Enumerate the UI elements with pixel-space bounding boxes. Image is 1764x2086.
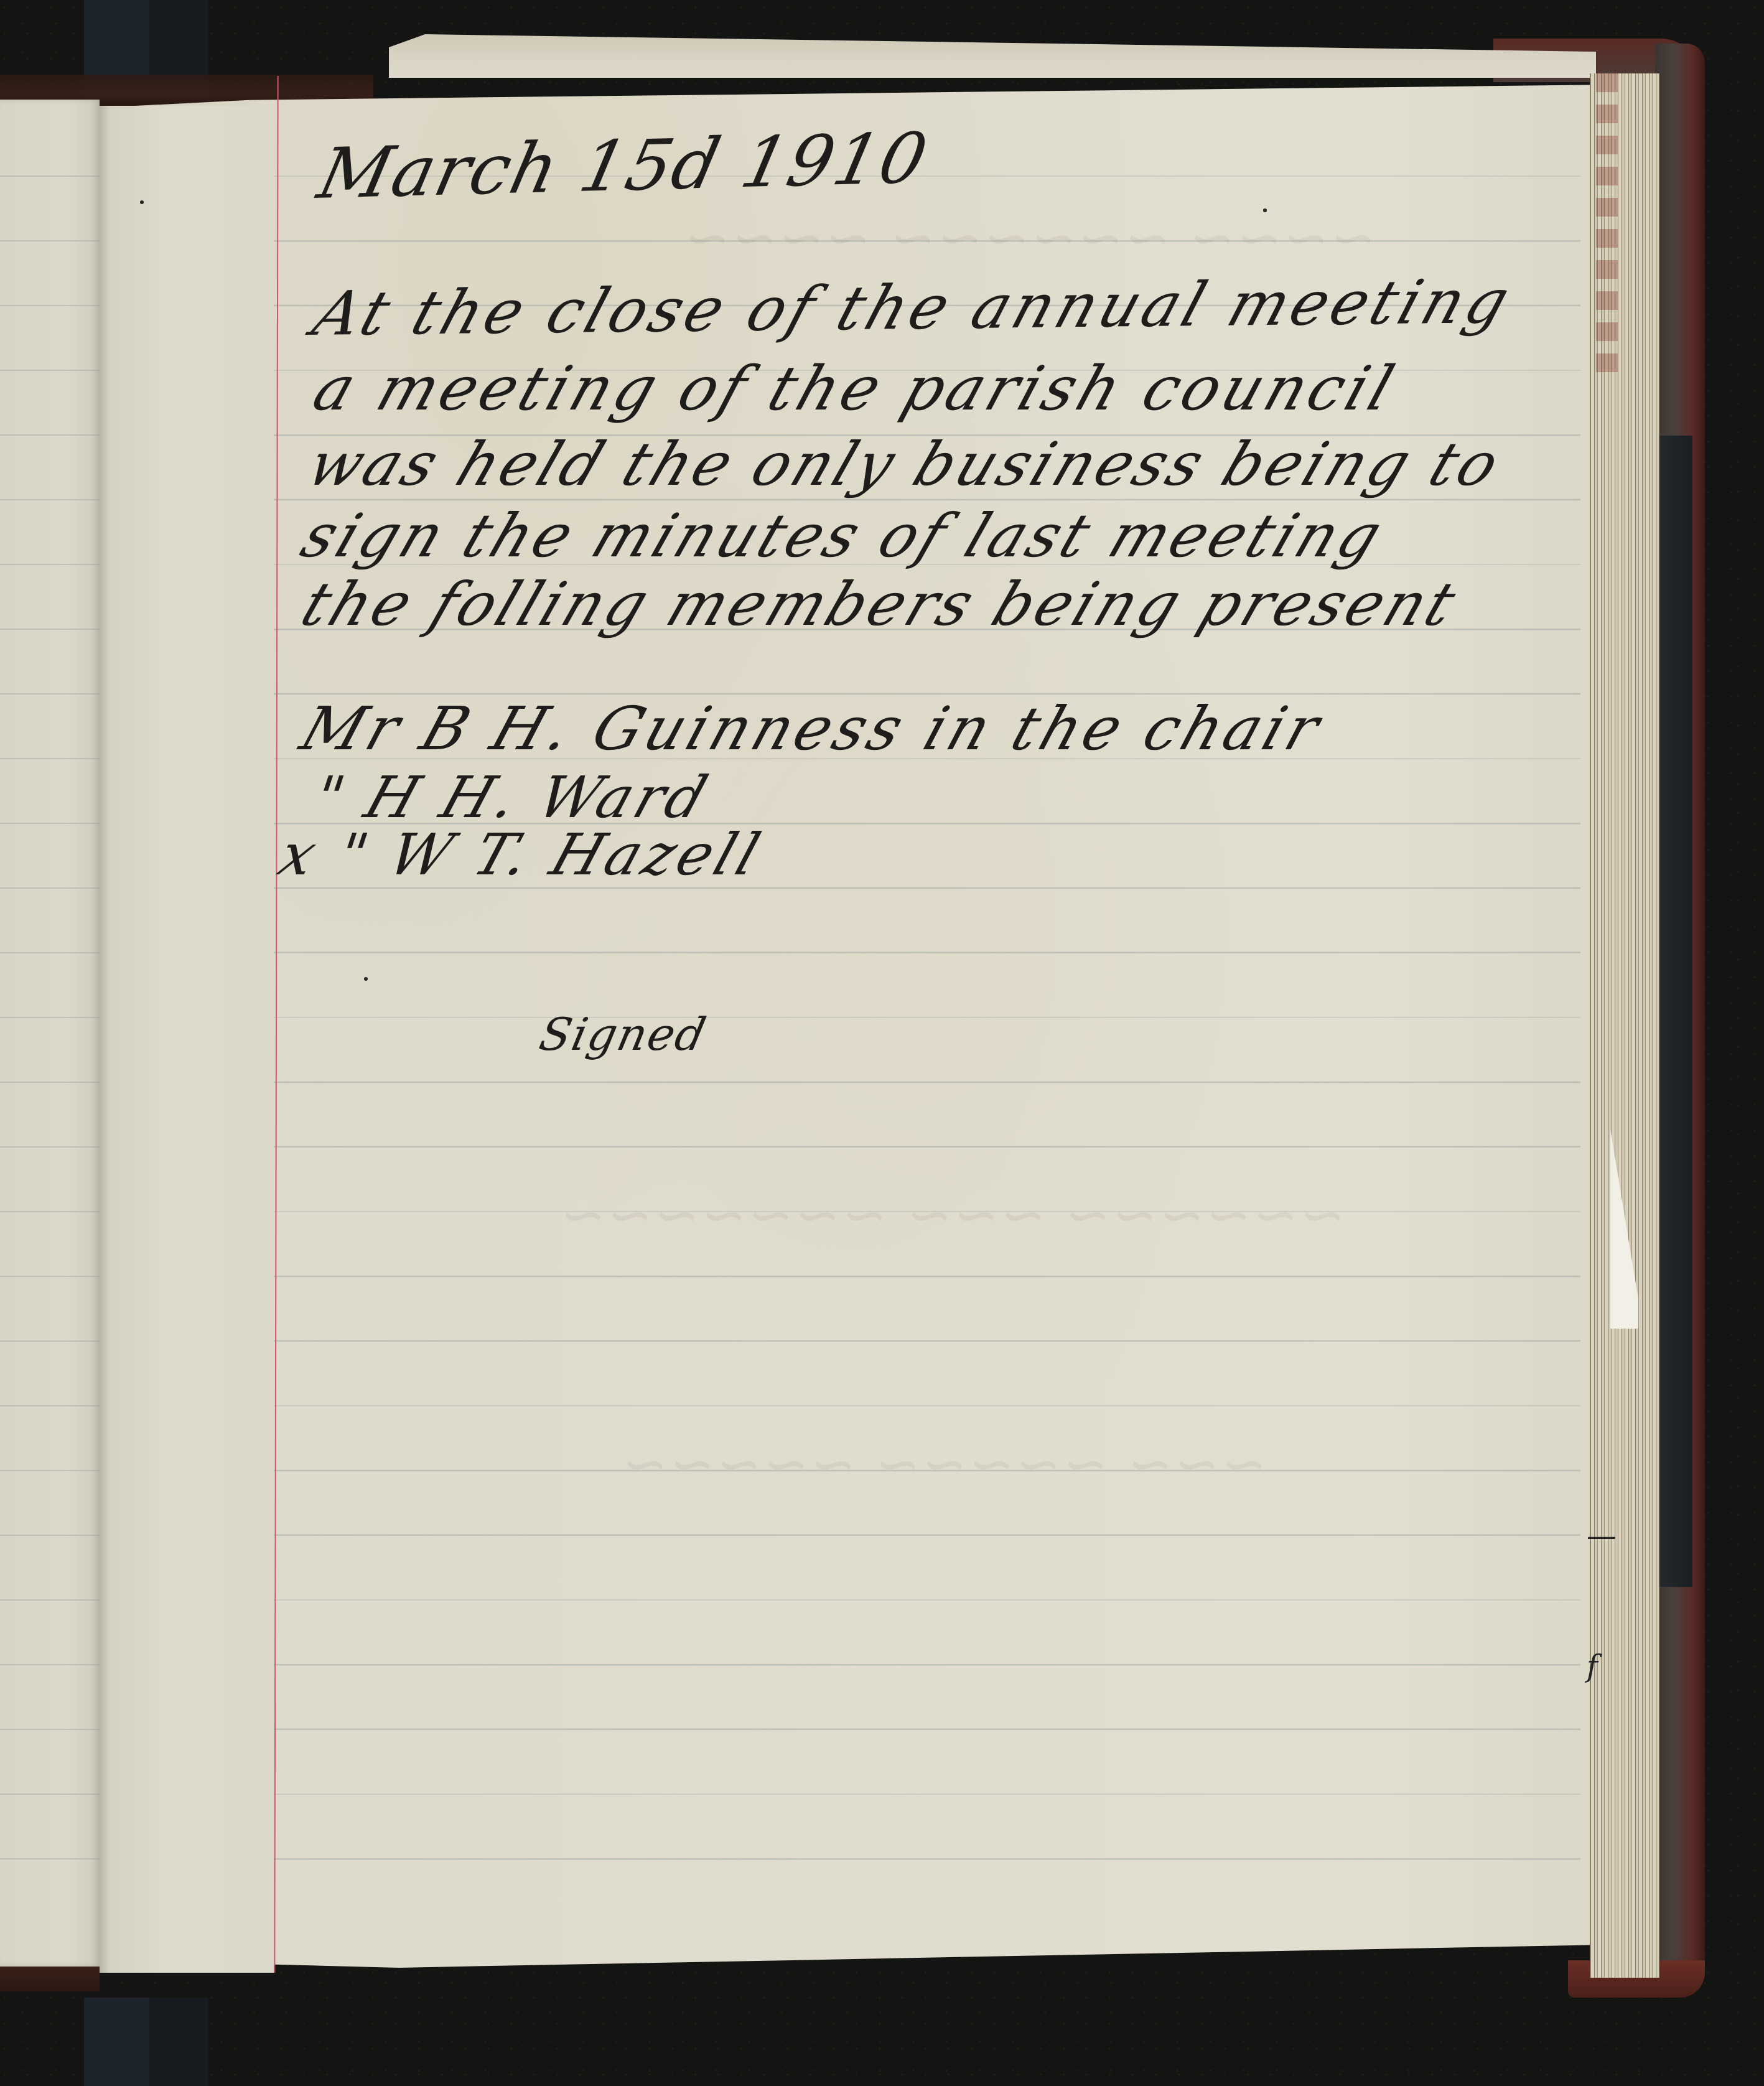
signature-label: Signed [535,1008,711,1060]
ink-speck [364,977,368,981]
cover-leather-bottom-left [0,1967,100,1991]
background-board [84,1998,149,2086]
entry-body-line: a meeting of the parish council [305,353,1406,424]
entry-body-line: the folling members being present [292,569,1468,639]
ink-speck [1263,208,1267,212]
entry-body-line: was held the only business being to [299,429,1511,499]
entry-body-line: At the close of the annual meeting [305,266,1521,350]
fore-edge-mark: f [1587,1649,1598,1684]
next-leaf-edge [389,34,1596,78]
bleed-through-text: ~~~~~~ ~~~ ~~~~~~~ [549,1182,1357,1248]
member-entry: " H H. Ward [305,764,719,831]
entry-date: March 15d 1910 [311,118,935,215]
member-chair: Mr B H. Guinness in the chair [292,694,1332,764]
fore-edge-red-staining [1596,73,1618,385]
page-gutter-fold [100,106,274,1973]
member-entry: x " W T. Hazell [271,821,771,888]
fore-edge-mark: — [1587,1518,1617,1553]
background-board [149,1998,208,2086]
bleed-through-text: ~~~ ~~~~~ ~~~~~ [612,1431,1279,1497]
left-page-ruled-lines [0,131,100,1935]
entry-body-line: sign the minutes of last meeting [292,501,1394,571]
ink-speck [140,200,144,204]
bleed-through-text: ~~~~ ~~~~~~ ~~~~ [674,205,1388,271]
